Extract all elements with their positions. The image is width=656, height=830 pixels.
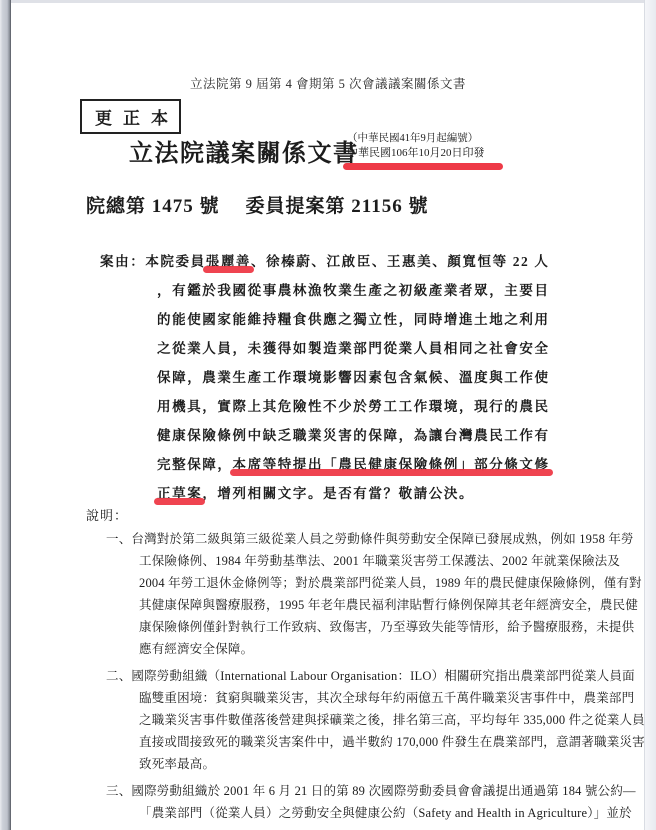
- red-marked-draft-text: 正草案: [157, 486, 202, 501]
- explanation-line: 臨雙重困境：貧窮與職業災害，其次全球每年約兩億五千萬件職業災害事件中，農業部門: [139, 687, 626, 709]
- case-text: ，增列相關文字。是否有當？敬請公決。: [202, 486, 474, 501]
- explanation-item-2: 二、國際勞動組織（International Labour Organisati…: [106, 665, 626, 775]
- explanation-line: 三、國際勞動組織於 2001 年 6 月 21 日的第 89 次國際勞動委員會會…: [106, 780, 626, 802]
- session-header: 立法院第 9 屆第 4 會期第 5 次會議議案關係文書: [0, 74, 656, 92]
- explanation-line: 二、國際勞動組織（International Labour Organisati…: [106, 665, 626, 687]
- document-title: 立法院議案關係文書: [129, 133, 359, 168]
- case-line-5: 保障，農業生產工作環境影響因素包含氣候、溫度與工作使: [157, 363, 552, 392]
- case-line-1: 案由：本院委員張麗善、徐榛蔚、江啟臣、王惠美、顏寬恒等 22 人: [100, 247, 552, 276]
- numbering-note: （中華民國41年9月起編號）: [347, 132, 527, 146]
- correction-stamp: 更正本: [80, 99, 181, 134]
- case-text: 完整保障，: [157, 457, 233, 472]
- red-marked-proposal-text: 本席等特提出「農民健康保險條例」部分條文修: [233, 457, 550, 472]
- title-note: （中華民國41年9月起編號） 中華民國106年10月20日印發: [347, 132, 527, 170]
- document-page: 立法院第 9 屆第 4 會期第 5 次會議議案關係文書 更正本 立法院議案關係文…: [0, 0, 656, 830]
- case-line-8: 完整保障，本席等特提出「農民健康保險條例」部分條文修: [157, 450, 552, 479]
- case-line-9: 正草案，增列相關文字。是否有當？敬請公決。: [157, 479, 552, 508]
- explanation-item-3: 三、國際勞動組織於 2001 年 6 月 21 日的第 89 次國際勞動委員會會…: [106, 780, 626, 824]
- explanation-line: 工保險條例、1984 年勞動基準法、2001 年職業災害勞工保護法、2002 年…: [139, 550, 626, 572]
- explanation-line: 之職業災害事件數僅落後營建與採礦業之後，排名第三高，平均每年 335,000 件…: [139, 709, 626, 731]
- photo-right-edge: [644, 0, 656, 830]
- case-text: 、徐榛蔚、江啟臣、王惠美、顏寬恒等 22 人: [251, 254, 549, 269]
- explanation-line: 康保險條例僅針對執行工作致病、致傷害，乃至導致失能等情形，給予醫療服務，未提供: [139, 616, 626, 638]
- case-line-4: 之從業人員，未獲得如製造業部門從業人員相同之社會安全: [157, 334, 552, 363]
- proposal-number: 委員提案第 21156 號: [246, 196, 429, 217]
- explanation-line: 「農業部門（從業人員）之勞動安全與健康公約（Safety and Health …: [139, 802, 626, 824]
- explanation-label: 說明：: [86, 505, 128, 524]
- explanation-line: 應有經濟安全保障。: [139, 638, 626, 660]
- red-marked-proposer: 張麗善: [206, 254, 251, 269]
- print-date: 中華民國106年10月20日印發: [347, 146, 527, 161]
- case-section: 案由：本院委員張麗善、徐榛蔚、江啟臣、王惠美、顏寬恒等 22 人 ，有鑑於我國從…: [100, 247, 552, 508]
- explanation-line: 其健康保障與醫療服務，1995 年老年農民福利津貼暫行條例保障其老年經濟安全，農…: [139, 594, 626, 616]
- explanation-list: 一、台灣對於第二級與第三級從業人員之勞動條件與勞動安全保障已發展成熟，例如 19…: [106, 528, 626, 829]
- explanation-line: 一、台灣對於第二級與第三級從業人員之勞動條件與勞動安全保障已發展成熟，例如 19…: [106, 528, 626, 550]
- document-numbers: 院總第 1475 號委員提案第 21156 號: [86, 191, 428, 218]
- photo-top-edge: [0, 0, 656, 3]
- council-number: 院總第 1475 號: [86, 196, 220, 217]
- explanation-line: 直接或間接致死的職業災害案件中，過半數約 170,000 件發生在農業部門，意謂…: [139, 731, 626, 753]
- case-text: 本院委員: [145, 254, 205, 269]
- red-marker-underline-date: [343, 163, 503, 170]
- case-line-6: 用機具，實際上其危險性不少於勞工工作環境，現行的農民: [157, 392, 552, 421]
- explanation-line: 致死率最高。: [139, 753, 626, 775]
- case-label: 案由：: [100, 254, 145, 269]
- explanation-line: 2004 年勞工退休金條例等；對於農業部門從業人員，1989 年的農民健康保險條…: [139, 572, 626, 594]
- photo-left-edge: [0, 0, 11, 830]
- case-line-2: ，有鑑於我國從事農林漁牧業生產之初級產業者眾，主要目: [157, 276, 552, 305]
- case-line-7: 健康保險條例中缺乏職業災害的保障，為讓台灣農民工作有: [157, 421, 552, 450]
- explanation-item-1: 一、台灣對於第二級與第三級從業人員之勞動條件與勞動安全保障已發展成熟，例如 19…: [106, 528, 626, 660]
- case-line-3: 的能使國家能維持糧食供應之獨立性，同時增進土地之利用: [157, 305, 552, 334]
